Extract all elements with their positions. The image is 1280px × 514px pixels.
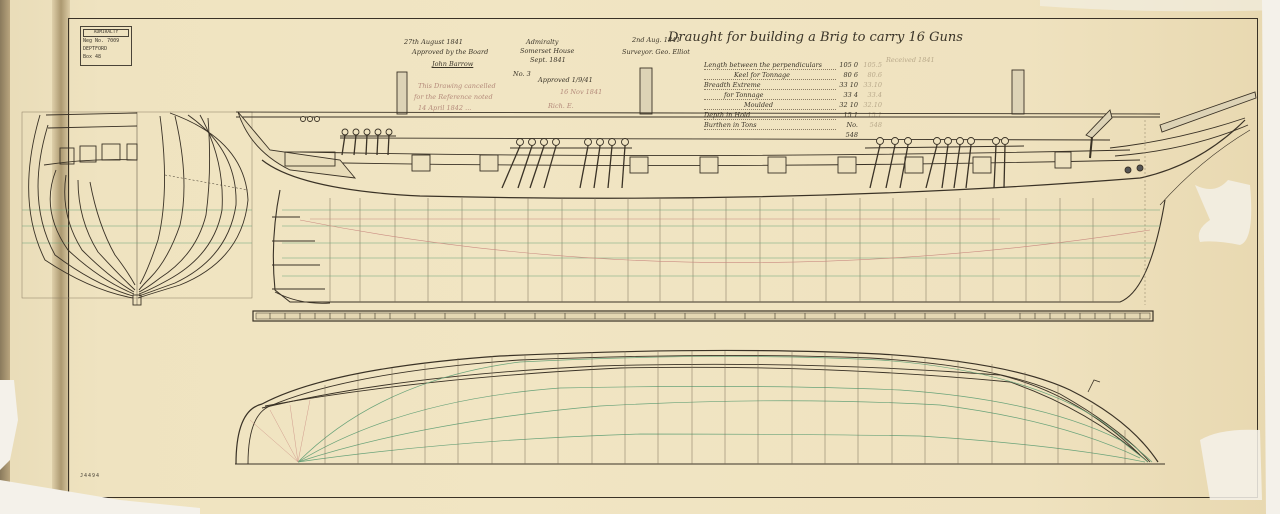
sheer-profile	[236, 68, 1256, 305]
ship-drawings	[0, 0, 1280, 514]
scale-bar	[253, 311, 1153, 321]
half-breadth-plan	[235, 350, 1165, 464]
body-plan	[22, 112, 252, 305]
